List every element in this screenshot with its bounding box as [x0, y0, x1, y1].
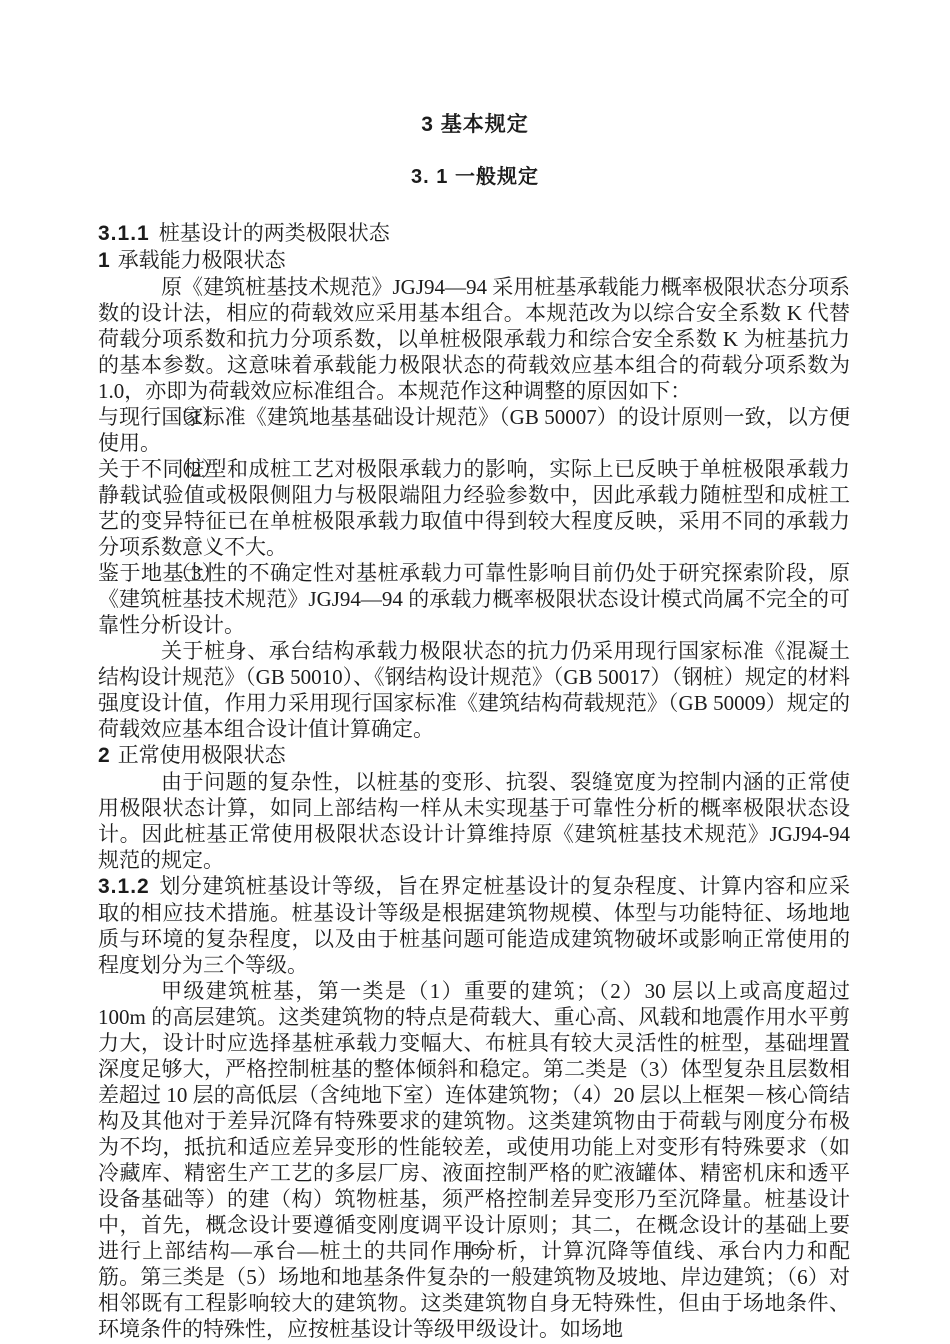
chapter-title: 3 基本规定	[0, 112, 950, 138]
sub-heading-number: 2	[98, 744, 110, 767]
list-item-1: （1） 与现行国家标准《建筑地基基础设计规范》（GB 50007）的设计原则一致…	[98, 404, 850, 456]
list-item-number: （2）	[170, 456, 223, 482]
section-title: 3. 1 一般规定	[0, 164, 950, 190]
page-number: 165	[0, 1240, 950, 1260]
sub-heading-1: 1承载能力极限状态	[98, 247, 850, 274]
list-item-2: （2） 关于不同桩型和成桩工艺对极限承载力的影响，实际上已反映于单桩极限承载力静…	[98, 456, 850, 560]
paragraph: 原《建筑桩基技术规范》JGJ94—94 采用桩基承载能力概率极限状态分项系数的设…	[98, 274, 850, 404]
sub-heading-text: 承载能力极限状态	[118, 248, 286, 272]
document-page: 3 基本规定 3. 1 一般规定 3.1.1桩基设计的两类极限状态 1承载能力极…	[0, 0, 950, 1344]
list-item-number: （1）	[170, 404, 223, 430]
clause-number: 3.1.2	[98, 875, 150, 898]
clause-heading-3-1-1: 3.1.1桩基设计的两类极限状态	[98, 220, 850, 247]
clause-paragraph-3-1-2: 3.1.2划分建筑桩基设计等级，旨在界定桩基设计的复杂程度、计算内容和应采取的相…	[98, 873, 850, 978]
clause-heading-text: 桩基设计的两类极限状态	[159, 221, 390, 245]
paragraph: 甲级建筑桩基，第一类是（1）重要的建筑；（2）30 层以上或高度超过 100m …	[98, 978, 850, 1342]
sub-heading-number: 1	[98, 249, 110, 272]
sub-heading-2: 2正常使用极限状态	[98, 742, 850, 769]
paragraph: 由于问题的复杂性，以桩基的变形、抗裂、裂缝宽度为控制内涵的正常使用极限状态计算，…	[98, 769, 850, 873]
sub-heading-text: 正常使用极限状态	[118, 743, 286, 767]
paragraph: 关于桩身、承台结构承载力极限状态的抗力仍采用现行国家标准《混凝土结构设计规范》（…	[98, 638, 850, 742]
document-body: 3.1.1桩基设计的两类极限状态 1承载能力极限状态 原《建筑桩基技术规范》JG…	[98, 220, 850, 1342]
list-item-3: （3） 鉴于地基土性的不确定性对基桩承载力可靠性影响目前仍处于研究探索阶段，原《…	[98, 560, 850, 638]
list-item-number: （3）	[170, 560, 223, 586]
clause-paragraph-text: 划分建筑桩基设计等级，旨在界定桩基设计的复杂程度、计算内容和应采取的相应技术措施…	[98, 874, 850, 977]
clause-number: 3.1.1	[98, 222, 150, 245]
